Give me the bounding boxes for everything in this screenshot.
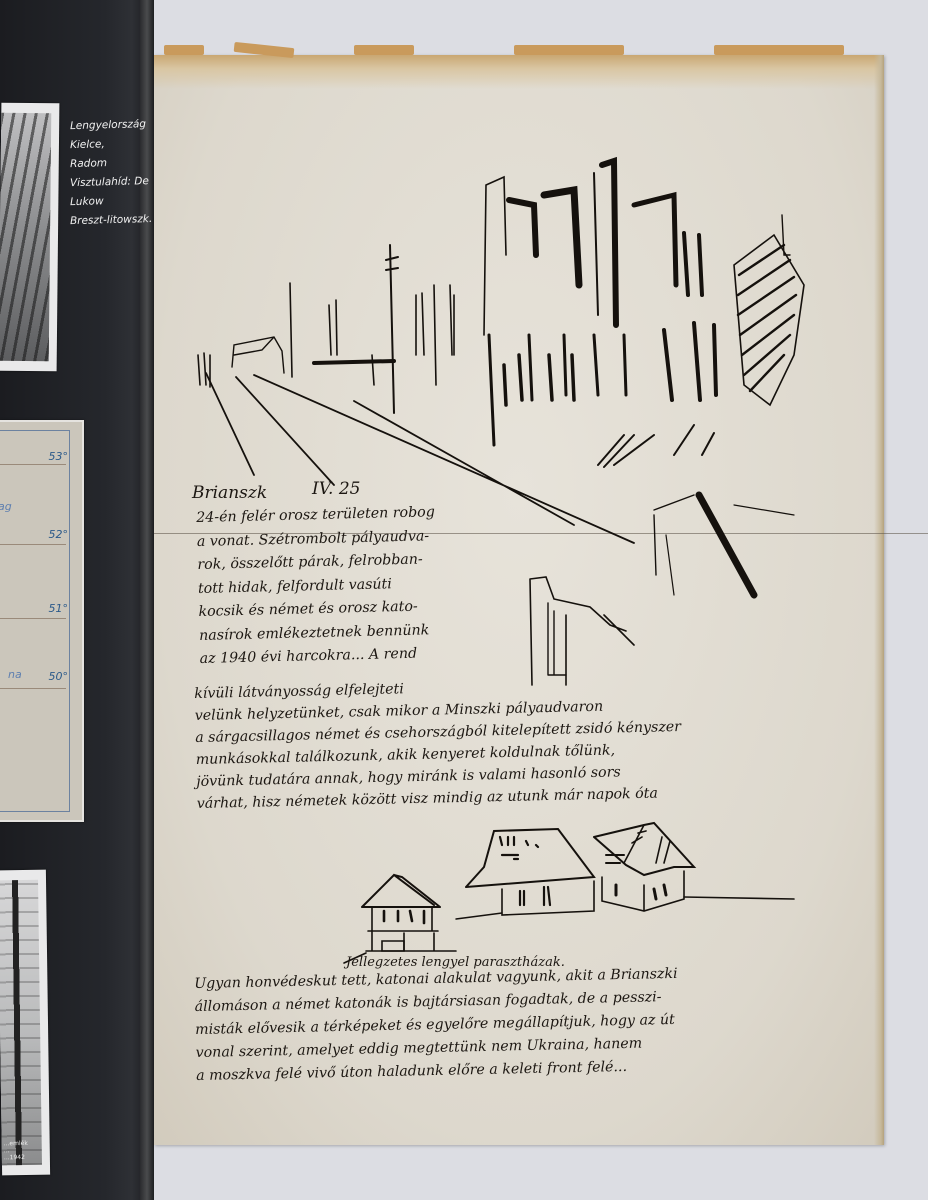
photo-caption-line: ...1942: [4, 1154, 28, 1161]
latitude-line: [0, 544, 66, 545]
map-fragment: ag: [0, 500, 12, 513]
place-item: Breszt-litowszk.: [70, 210, 156, 230]
place-item: Kielce,: [70, 134, 156, 155]
torn-edge: [354, 45, 414, 55]
diary-date: IV. 25: [312, 479, 360, 499]
photo-telegraph-pole: ...emlék ... ...1942: [0, 870, 50, 1176]
photo-trees: [0, 103, 59, 372]
torn-edge: [164, 45, 204, 55]
place-item: Lengyelország: [70, 116, 156, 136]
diary-paragraph-1: 24-én felér orosz területen robog a vona…: [196, 501, 439, 671]
photo-telegraph-pole-image: [0, 880, 42, 1166]
latitude-label: 52°: [49, 528, 69, 541]
album-place-list: Lengyelország Kielce, Radom Visztulahíd:…: [70, 116, 156, 230]
latitude-line: [0, 464, 66, 465]
latitude-label: 51°: [49, 602, 69, 615]
diary-place-heading: Brianszk: [192, 483, 267, 503]
latitude-line: [0, 618, 66, 619]
photo-caption: ...emlék ... ...1942: [4, 1140, 28, 1161]
map-card: 53° ag 52° 51° na 50°: [0, 420, 84, 822]
place-item: Visztulahíd: De: [70, 172, 156, 193]
latitude-label: 53°: [49, 450, 69, 463]
map-fragment: na: [8, 668, 22, 681]
latitude-line: [0, 688, 66, 689]
latitude-label: 50°: [49, 670, 69, 683]
diary-paragraph-3: Ugyan honvédeskut tett, katonai alakulat…: [194, 963, 680, 1088]
torn-edge: [514, 45, 624, 55]
place-item: Radom: [70, 153, 156, 174]
diary-paragraph-2: kívüli látványosság elfelejteti velünk h…: [194, 672, 683, 815]
map-frame: [0, 430, 70, 812]
diary-sheet: Brianszk IV. 25 24-én felér orosz terüle…: [154, 55, 884, 1145]
photo-caption-line: ...emlék: [4, 1140, 28, 1147]
photo-trees-image: [0, 113, 51, 362]
torn-edge: [714, 45, 844, 55]
place-item: Lukow: [70, 191, 156, 212]
peasant-houses-sketch: [344, 815, 804, 965]
